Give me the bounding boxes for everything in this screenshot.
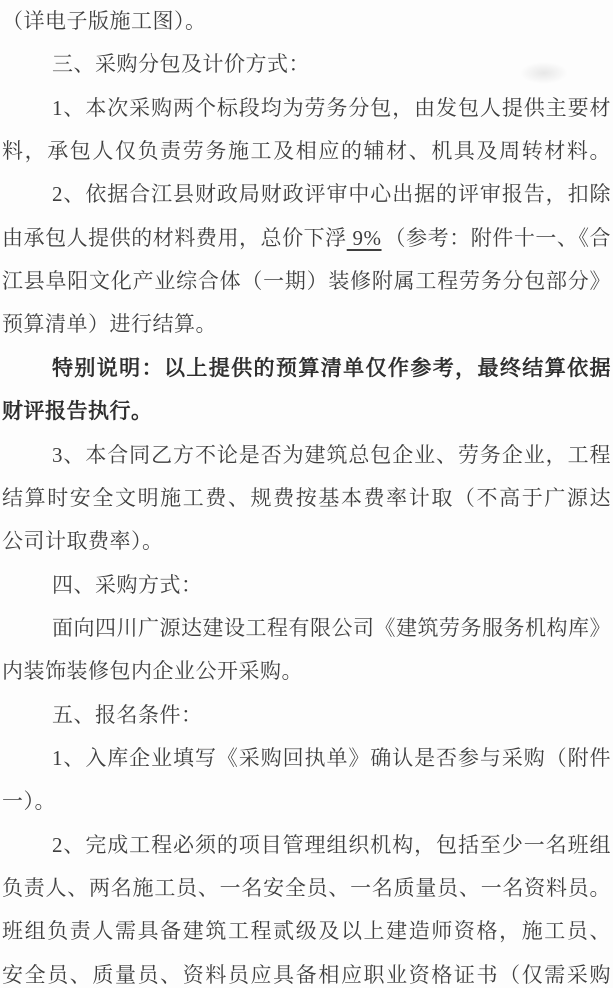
filled-blank-value: 9% [347, 226, 385, 250]
text-line: 安全员、质量员、资料员应具备相应职业资格证书（仅需采购 [2, 960, 611, 988]
text-segment: （参考：附件十一、《合 [385, 226, 612, 250]
text-line: （详电子版施工图）。 [2, 6, 611, 40]
text-line: 由承包人提供的材料费用，总价下浮 9%（参考：附件十一、《合 [2, 223, 611, 257]
text-line: 2、依据合江县财政局财政评审中心出据的评审报告，扣除 [2, 179, 611, 213]
scanned-document-page: （详电子版施工图）。三、采购分包及计价方式：1、本次采购两个标段均为劳务分包，由… [0, 0, 613, 988]
text-line: 1、本次采购两个标段均为劳务分包，由发包人提供主要材 [2, 93, 611, 127]
text-line: 预算清单）进行结算。 [2, 309, 611, 343]
text-line: 面向四川广源达建设工程有限公司《建筑劳务服务机构库》 [2, 613, 611, 647]
text-line: 结算时安全文明施工费、规费按基本费率计取（不高于广源达 [2, 483, 611, 517]
text-line: 内装饰装修包内企业公开采购。 [2, 656, 611, 690]
text-line: 负责人、两名施工员、一名安全员、一名质量员、一名资料员。 [2, 873, 611, 907]
text-line: 三、采购分包及计价方式： [2, 49, 611, 83]
text-line: 特别说明：以上提供的预算清单仅作参考，最终结算依据 [2, 353, 611, 387]
text-line: 料，承包人仅负责劳务施工及相应的辅材、机具及周转材料。 [2, 136, 611, 170]
text-line: 3、本合同乙方不论是否为建筑总包企业、劳务企业，工程 [2, 440, 611, 474]
text-line: 五、报名条件： [2, 700, 611, 734]
text-segment: 由承包人提供的材料费用，总价下浮 [2, 226, 347, 250]
text-line: 公司计取费率）。 [2, 526, 611, 560]
text-line: 财评报告执行。 [2, 396, 611, 430]
text-line: 一）。 [2, 786, 611, 820]
text-line: 江县阜阳文化产业综合体（一期）装修附属工程劳务分包部分》 [2, 266, 611, 300]
text-line: 四、采购方式： [2, 570, 611, 604]
text-line: 1、入库企业填写《采购回执单》确认是否参与采购（附件 [2, 743, 611, 777]
text-line: 2、完成工程必须的项目管理组织机构，包括至少一名班组 [2, 830, 611, 864]
text-line: 班组负责人需具备建筑工程贰级及以上建造师资格，施工员、 [2, 916, 611, 950]
